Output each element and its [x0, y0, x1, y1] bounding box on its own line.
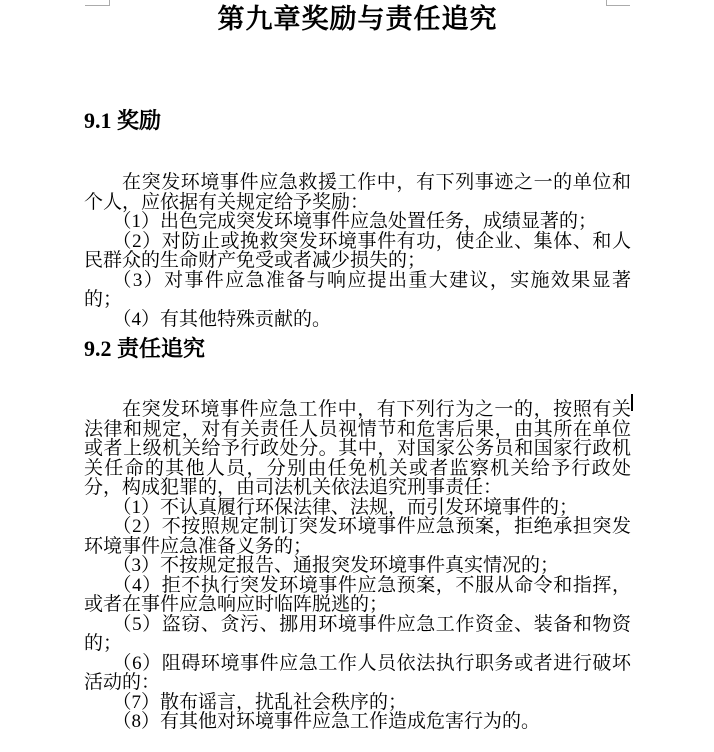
document-content: 第九章奖励与责任追究 9.1 奖励 在突发环境事件应急救援工作中，有下列事迹之一… — [84, 0, 631, 732]
section-9-1-item-2[interactable]: （2）对防止或挽救突发环境事件有功，使企业、集体、和人民群众的生命财产免受或者减… — [84, 232, 631, 271]
section-9-2-heading[interactable]: 9.2 责任追究 — [84, 338, 631, 360]
document-page: 第九章奖励与责任追究 9.1 奖励 在突发环境事件应急救援工作中，有下列事迹之一… — [0, 0, 714, 752]
chapter-title[interactable]: 第九章奖励与责任追究 — [84, 5, 631, 35]
section-9-2-item-4[interactable]: （4）拒不执行突发环境事件应急预案，不服从命令和指挥，或者在事件应急响应时临阵脱… — [84, 576, 631, 615]
section-9-2-item-8[interactable]: （8）有其他对环境事件应急工作造成危害行为的。 — [84, 712, 631, 732]
section-9-2-paragraph[interactable]: 在突发环境事件应急工作中，有下列行为之一的，按照有关法律和规定，对有关责任人员视… — [84, 400, 631, 498]
section-9-2-item-5[interactable]: （5）盗窃、贪污、挪用环境事件应急工作资金、装备和物资的； — [84, 615, 631, 654]
section-9-1-paragraph[interactable]: 在突发环境事件应急救援工作中，有下列事迹之一的单位和个人，应依据有关规定给予奖励… — [84, 173, 631, 212]
section-9-2-item-3[interactable]: （3）不按规定报告、通报突发环境事件真实情况的； — [84, 556, 631, 576]
section-9-1-item-4[interactable]: （4）有其他特殊贡献的。 — [84, 310, 631, 330]
section-9-2-item-6[interactable]: （6）阻碍环境事件应急工作人员依法执行职务或者进行破坏活动的： — [84, 654, 631, 693]
section-9-2-item-7[interactable]: （7）散布谣言，扰乱社会秩序的； — [84, 693, 631, 713]
text-cursor — [631, 394, 633, 411]
section-9-2-item-1[interactable]: （1）不认真履行环保法律、法规，而引发环境事件的； — [84, 498, 631, 518]
section-9-1-heading[interactable]: 9.1 奖励 — [84, 110, 631, 132]
section-9-2-item-2[interactable]: （2）不按照规定制订突发环境事件应急预案，拒绝承担突发环境事件应急准备义务的； — [84, 517, 631, 556]
section-9-1-item-3[interactable]: （3）对事件应急准备与响应提出重大建议，实施效果显著的； — [84, 271, 631, 310]
section-9-1-item-1[interactable]: （1）出色完成突发环境事件应急处置任务，成绩显著的； — [84, 212, 631, 232]
